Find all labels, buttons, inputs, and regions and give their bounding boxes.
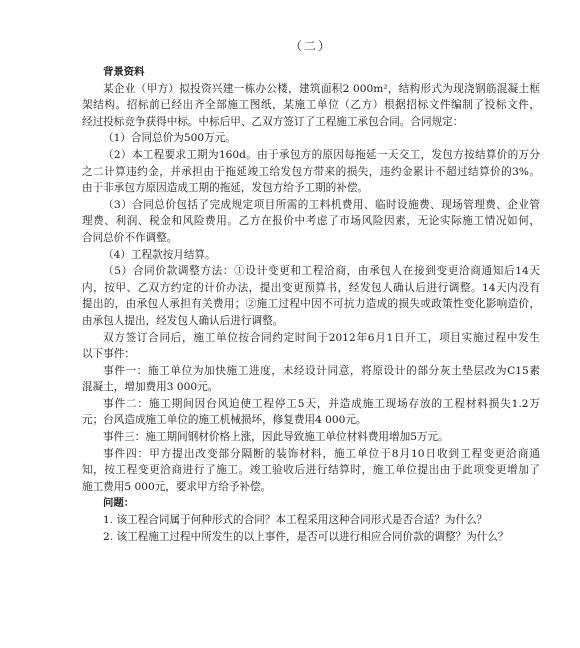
clause-4: （4）工程款按月结算。 (82, 247, 540, 264)
questions-heading: 问题： (82, 495, 540, 512)
paragraph-line: 经过投标竞争获得中标。中标后甲、乙双方签订了工程施工承包合同。合同规定： (82, 114, 540, 131)
event-3: 事件三：施工期间钢材价格上涨，因此导致施工单位材料费用增加5万元。 (82, 429, 540, 446)
paragraph-line: 提出的，由承包人承担有关费用；②施工过程中因不可抗力造成的损失或政策性变化影响造… (82, 296, 540, 313)
clause-2: （2）本工程要求工期为160d。由于承包方的原因每拖延一天交工，发包方按结算价的… (82, 147, 540, 164)
paragraph-line: 施工费用5 000元，要求甲方给予补偿。 (82, 479, 540, 496)
question-2: 2. 该工程施工过程中所发生的以上事件，是否可以进行相应合同价款的调整？为什么？ (82, 529, 540, 546)
event-4: 事件四：甲方提出改变部分隔断的装饰材料，施工单位于8月10日收到工程变更洽商通 (82, 446, 540, 463)
paragraph-line: 某企业（甲方）拟投资兴建一栋办公楼，建筑面积2 000m²，结构形式为现浇钢筋混… (82, 81, 540, 98)
event-2: 事件二：施工期间因台风迫使工程停工5天，并造成施工现场存放的工程材料损失1.2万 (82, 396, 540, 413)
paragraph-line: 内，按甲、乙双方约定的计价办法，提出变更预算书，经发包人确认后进行调整。14天内… (82, 280, 540, 297)
paragraph-line: 由承包人提出，经发包人确认后进行调整。 (82, 313, 540, 330)
paragraph-line: 混凝土，增加费用3 000元。 (82, 379, 540, 396)
paragraph-line: 之二计算违约金，并承担由于拖延竣工给发包方带来的损失，违约金累计不超过结算价的3… (82, 164, 540, 181)
paragraph-line: 理费、利润、税金和风险费用。乙方在报价中考虑了市场风险因素，无论实际施工情况如何… (82, 213, 540, 230)
paragraph-line: 架结构。招标前已经出齐全部施工图纸，某施工单位（乙方）根据招标文件编制了投标文件… (82, 97, 540, 114)
paragraph-line: 由于非承包方原因造成工期的拖延，发包方给予工期的补偿。 (82, 180, 540, 197)
event-1: 事件一：施工单位为加快施工进度，未经设计同意，将原设计的部分灰土垫层改为C15素 (82, 363, 540, 380)
paragraph-line: 知，按工程变更洽商进行了施工。竣工验收后进行结算时，施工单位提出由于此项变更增加… (82, 462, 540, 479)
document-page: （二） 背景资料 某企业（甲方）拟投资兴建一栋办公楼，建筑面积2 000m²，结… (82, 38, 540, 545)
paragraph-line: 元；台风造成施工单位的施工机械损坏，修复费用4 000元。 (82, 412, 540, 429)
paragraph-line: 合同总价不作调整。 (82, 230, 540, 247)
section-heading: 背景资料 (82, 64, 540, 81)
question-1: 1. 该工程合同属于何种形式的合同？本工程采用这种合同形式是否合适？为什么？ (82, 512, 540, 529)
case-title: （二） (82, 38, 540, 54)
clause-5: （5）合同价款调整方法：①设计变更和工程洽商，由承包人在接到变更洽商通知后14天 (82, 263, 540, 280)
paragraph-line: 双方签订合同后，施工单位按合同约定时间于2012年6月1日开工，项目实施过程中发… (82, 330, 540, 347)
clause-3: （3）合同总价包括了完成规定项目所需的工料机费用、临时设施费、现场管理费、企业管 (82, 197, 540, 214)
paragraph-line: 以下事件： (82, 346, 540, 363)
clause-1: （1）合同总价为500万元。 (82, 130, 540, 147)
